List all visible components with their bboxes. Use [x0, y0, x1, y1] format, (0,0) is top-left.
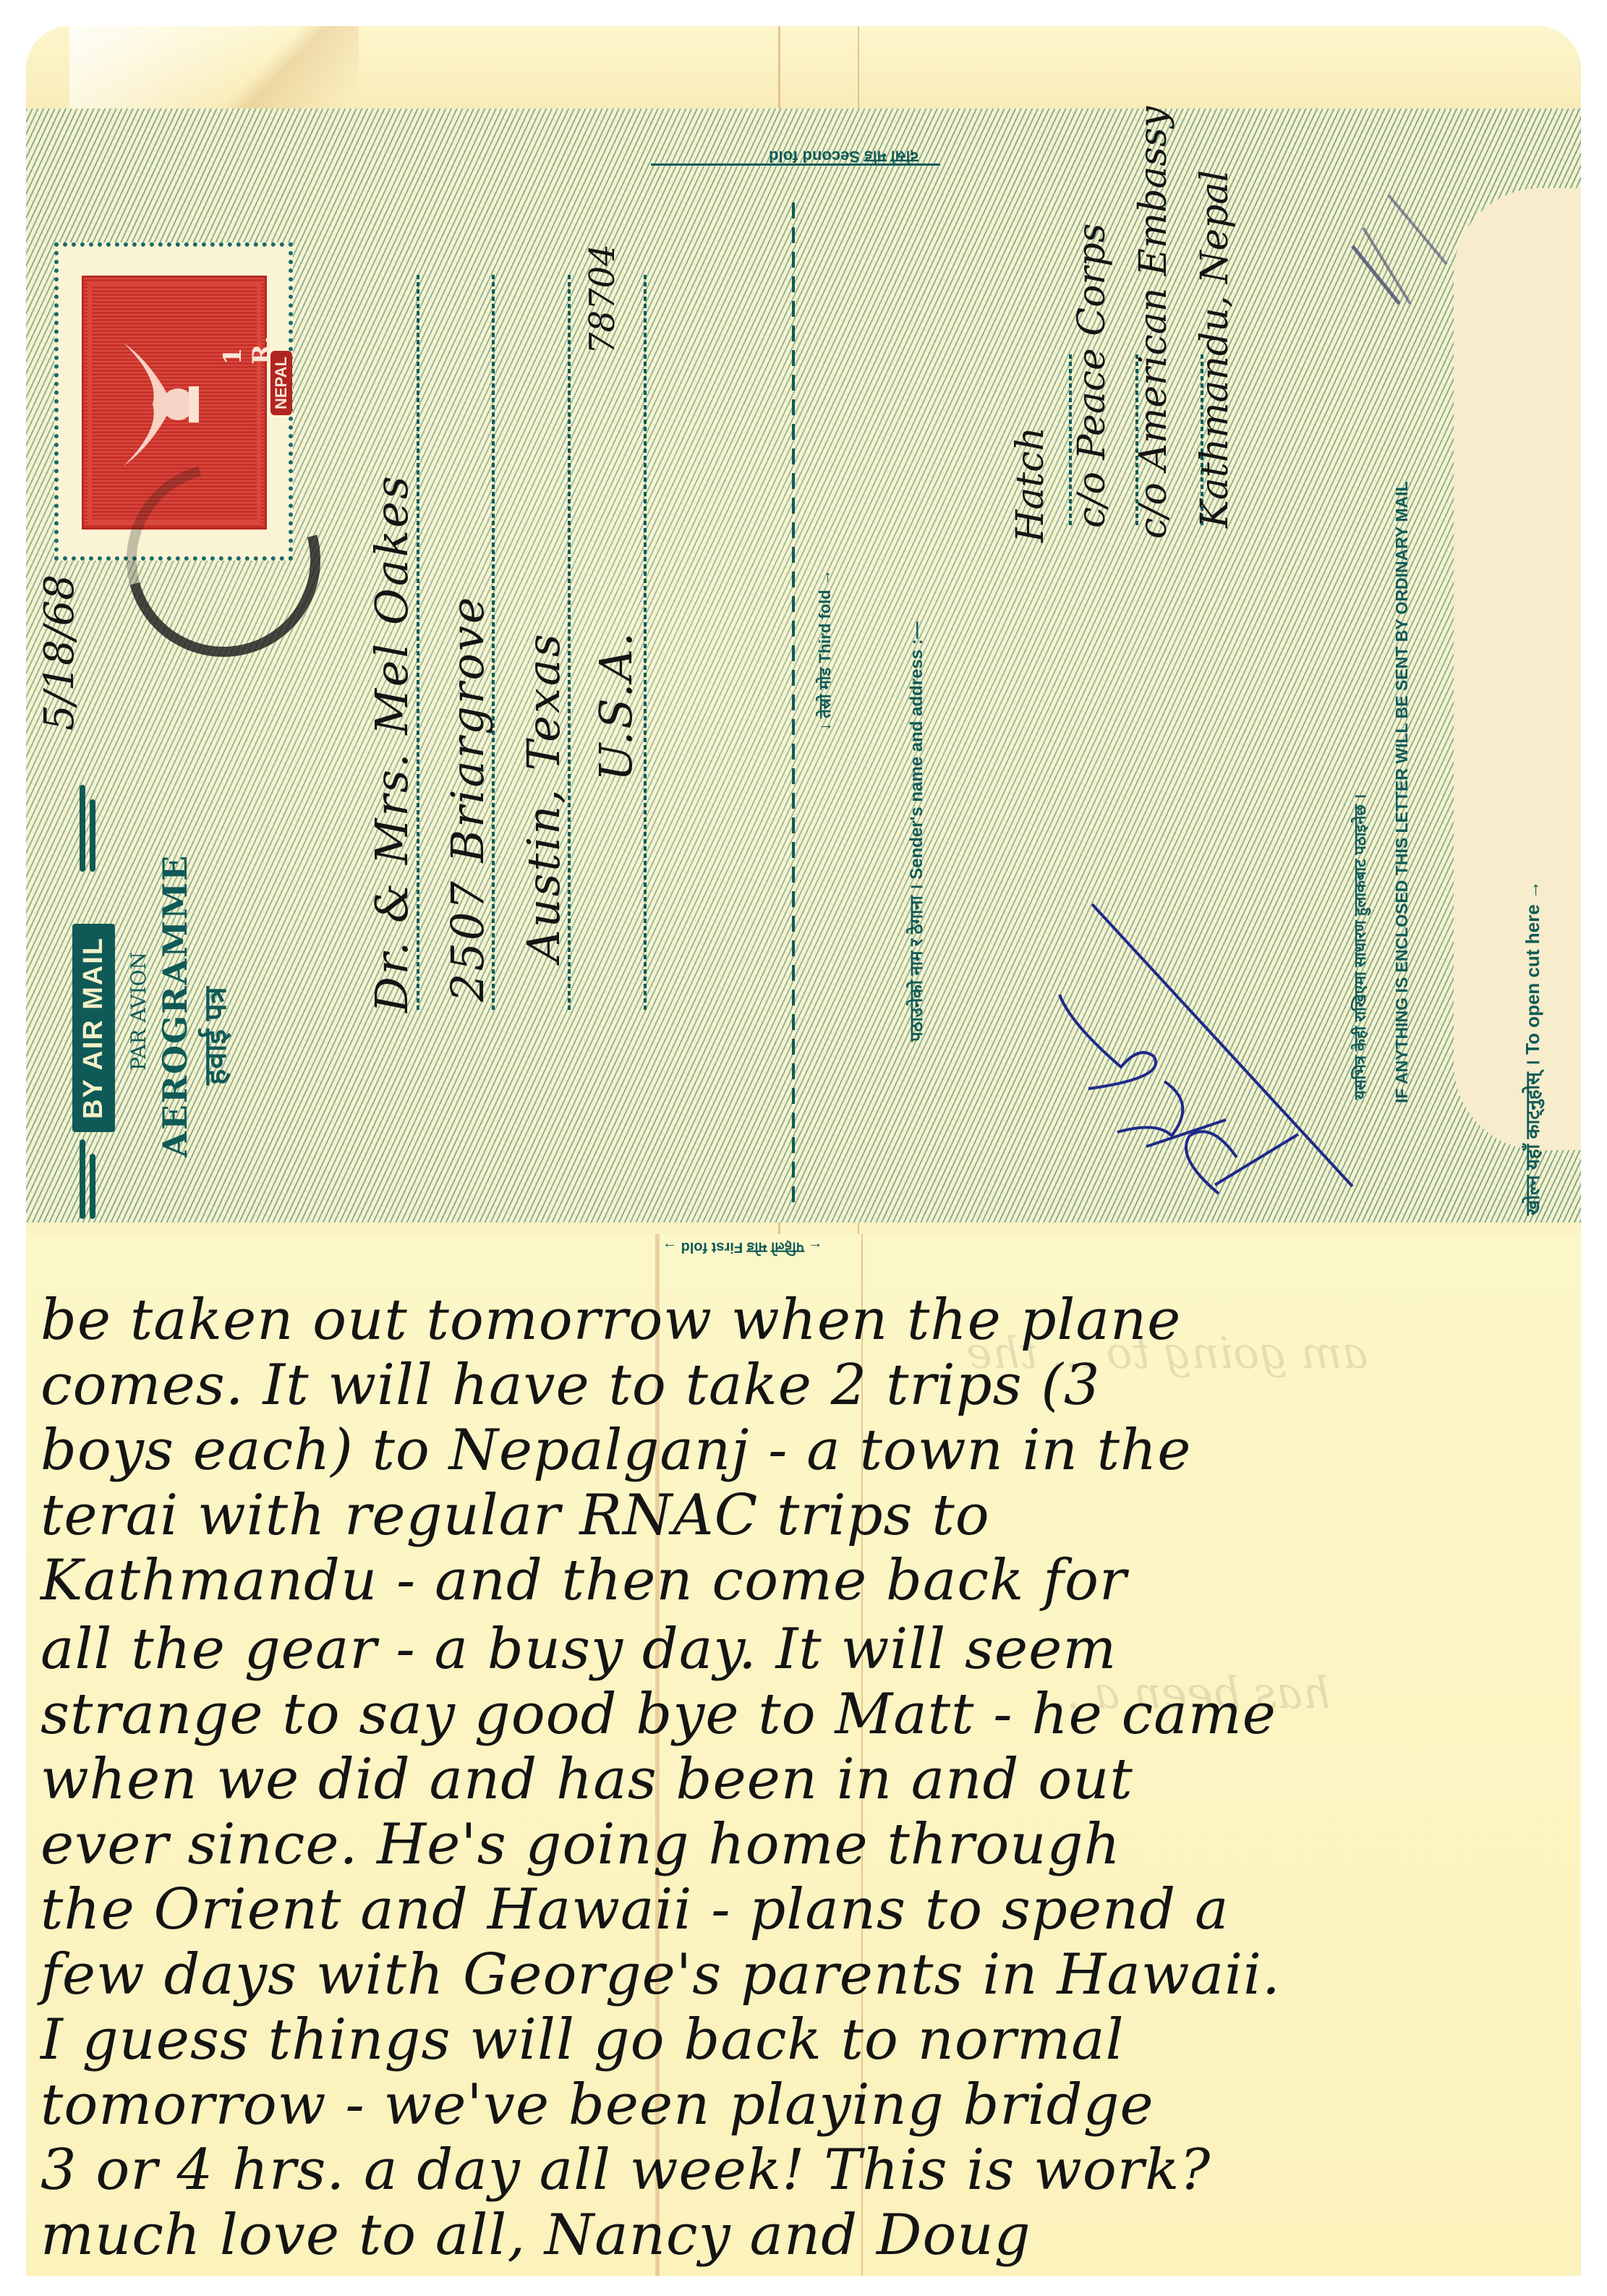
pencil-marks: [1323, 166, 1468, 311]
aerogramme-title-nepali: हवाई पत्र: [194, 987, 235, 1085]
enclosure-warning: IF ANYTHING IS ENCLOSED THIS LETTER WILL…: [1392, 481, 1412, 1103]
sender-label: पठाउनेको नाम र ठेगाना । Sender's name an…: [904, 621, 928, 1042]
letter-line: I guess things will go back to normal: [41, 2012, 1125, 2068]
letter-line: much love to all, Nancy and Doug: [41, 2207, 1031, 2263]
letter-line: tomorrow - we've been playing bridge: [41, 2077, 1154, 2133]
handwritten-date: 5/18/68: [36, 574, 83, 731]
airmail-badge: BY AIR MAIL: [72, 924, 115, 1132]
second-fold-line: [651, 163, 940, 166]
stamp-country: NEPAL: [270, 351, 292, 415]
letter-line: terai with regular RNAC trips to: [41, 1487, 990, 1544]
recipient-line-4: U.S.A.: [589, 630, 642, 781]
open-cut-instruction: खोल्न यहाँ काट्नुहोस् । To open cut here…: [1519, 880, 1545, 1215]
letter-line: all the gear - a busy day. It will seem: [41, 1621, 1117, 1678]
sender-line-3: c/o American Embassy: [1132, 106, 1175, 539]
recipient-zip: 78704: [582, 244, 623, 354]
recipient-line-3: Austin, Texas: [517, 632, 570, 962]
recipient-line-2: 2507 Briargrove: [441, 595, 494, 1003]
letter-line: when we did and has been in and out: [41, 1751, 1133, 1808]
cut-tab: [1454, 188, 1581, 1150]
letter-line: 3 or 4 hrs. a day all week! This is work…: [41, 2142, 1211, 2198]
stamp-value: 1 R.: [218, 318, 276, 365]
garuda-icon: [109, 328, 210, 480]
blue-initials-mark: [1013, 890, 1360, 1237]
aerogramme-title: AEROGRAMME: [155, 854, 195, 1157]
letter-line: few days with George's parents in Hawaii…: [41, 1947, 1281, 2003]
sender-line-1: Hatch: [1009, 427, 1052, 543]
letter-line: Kathmandu - and then come back for: [41, 1552, 1127, 1609]
letter-line: ever since. He's going home through: [41, 1816, 1121, 1873]
first-fold-label: ← पहिलो मोड First fold →: [662, 1238, 823, 1258]
wing-right: [90, 799, 95, 872]
letter-line: boys each) to Nepalganj - a town in the: [41, 1422, 1191, 1479]
letter-line: be taken out tomorrow when the plane: [41, 1292, 1181, 1348]
par-avion-label: PAR AVION: [127, 952, 150, 1071]
wing-right: [80, 785, 85, 872]
letter-line: the Orient and Hawaii - plans to spend a: [41, 1882, 1229, 1938]
airmail-block: BY AIR MAIL: [72, 924, 115, 1132]
third-fold-label: ↓ तेस्रो मोड Third fold →: [814, 569, 835, 731]
letter-line: comes. It will have to take 2 trips (3: [41, 1357, 1100, 1413]
recipient-line-1: Dr. & Mrs. Mel Oakes: [365, 474, 418, 1013]
address-line: [644, 275, 647, 1013]
sender-line-4: Kathmandu, Nepal: [1193, 170, 1237, 528]
letter-line: strange to say good bye to Matt - he cam…: [41, 1686, 1276, 1743]
sender-line-2: c/o Peace Corps: [1070, 224, 1114, 528]
wing-left: [80, 1139, 85, 1219]
letter-body: ← पहिलो मोड First fold → am going to ...…: [26, 1234, 1581, 2276]
fold-dashed-line: [792, 203, 795, 1208]
wing-left: [90, 1154, 95, 1219]
